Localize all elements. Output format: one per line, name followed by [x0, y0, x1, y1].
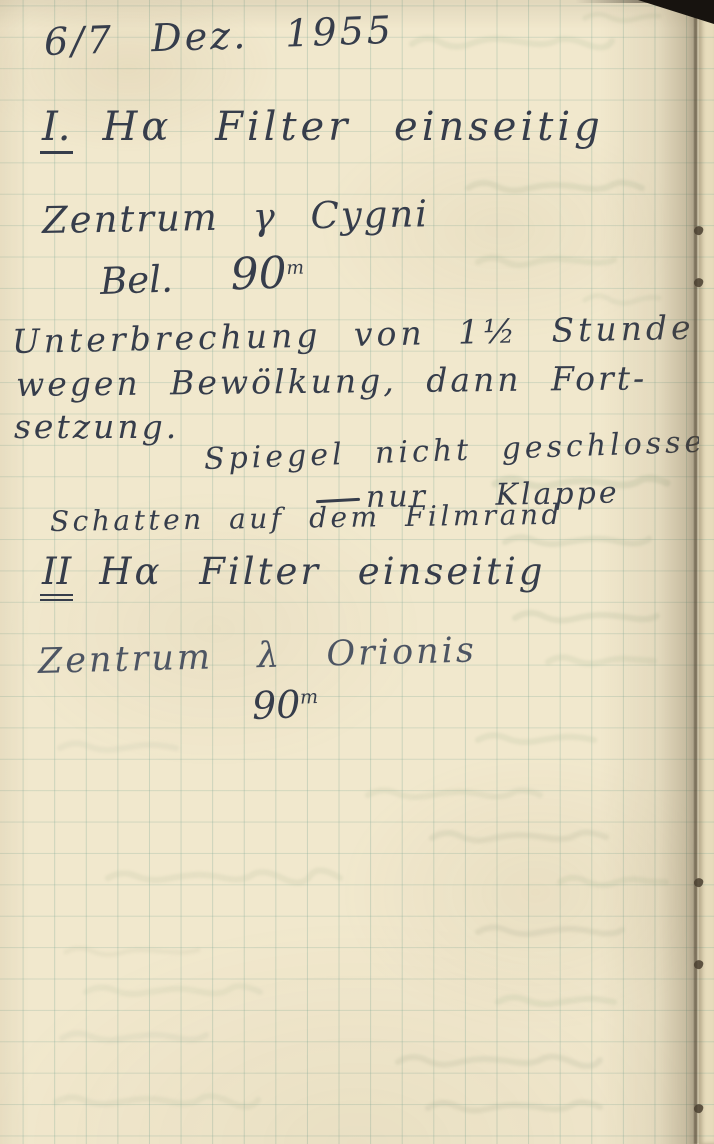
exposure-unit-superscript: m — [300, 686, 319, 709]
note-interruption-line1: Unterbrechung von 1½ Stunde — [12, 308, 695, 361]
notebook-page: 6/7 Dez. 1955 I.Hα Filter einseitig Zent… — [0, 0, 714, 1144]
entry2-target-line: Zentrum λ Orionis — [37, 631, 477, 682]
entry2-title: Hα Filter einseitig — [99, 550, 545, 593]
page-edge-shadow — [600, 0, 697, 1144]
date-line: 6/7 Dez. 1955 — [43, 8, 394, 64]
note-interruption-line2: wegen Bewölkung, dann Fort- — [16, 358, 648, 404]
entry1-numeral: I. — [40, 104, 73, 154]
entry2-exposure-line: 90m — [251, 682, 319, 728]
exposure-unit-superscript: m — [286, 258, 304, 280]
exposure-label: Bel. — [99, 257, 173, 303]
entry2-heading: IIHα Filter einseitig — [40, 550, 545, 593]
note-interruption-line3: setzung. — [14, 407, 179, 446]
exposure-value: 90 — [230, 248, 288, 301]
entry1-heading: I.Hα Filter einseitig — [40, 104, 604, 150]
note-mirror-line: Spiegel nicht geschlossen — [203, 424, 714, 477]
note-shadow-line: Schatten auf dem Filmrand — [50, 498, 563, 538]
next-page-edge — [699, 0, 714, 1144]
entry1-exposure-line: Bel.90m — [99, 247, 305, 305]
entry1-target-line: Zentrum γ Cygni — [42, 192, 430, 242]
entry1-title: Hα Filter einseitig — [103, 104, 604, 150]
exposure-value: 90 — [251, 682, 301, 728]
entry2-numeral: II — [40, 550, 73, 601]
